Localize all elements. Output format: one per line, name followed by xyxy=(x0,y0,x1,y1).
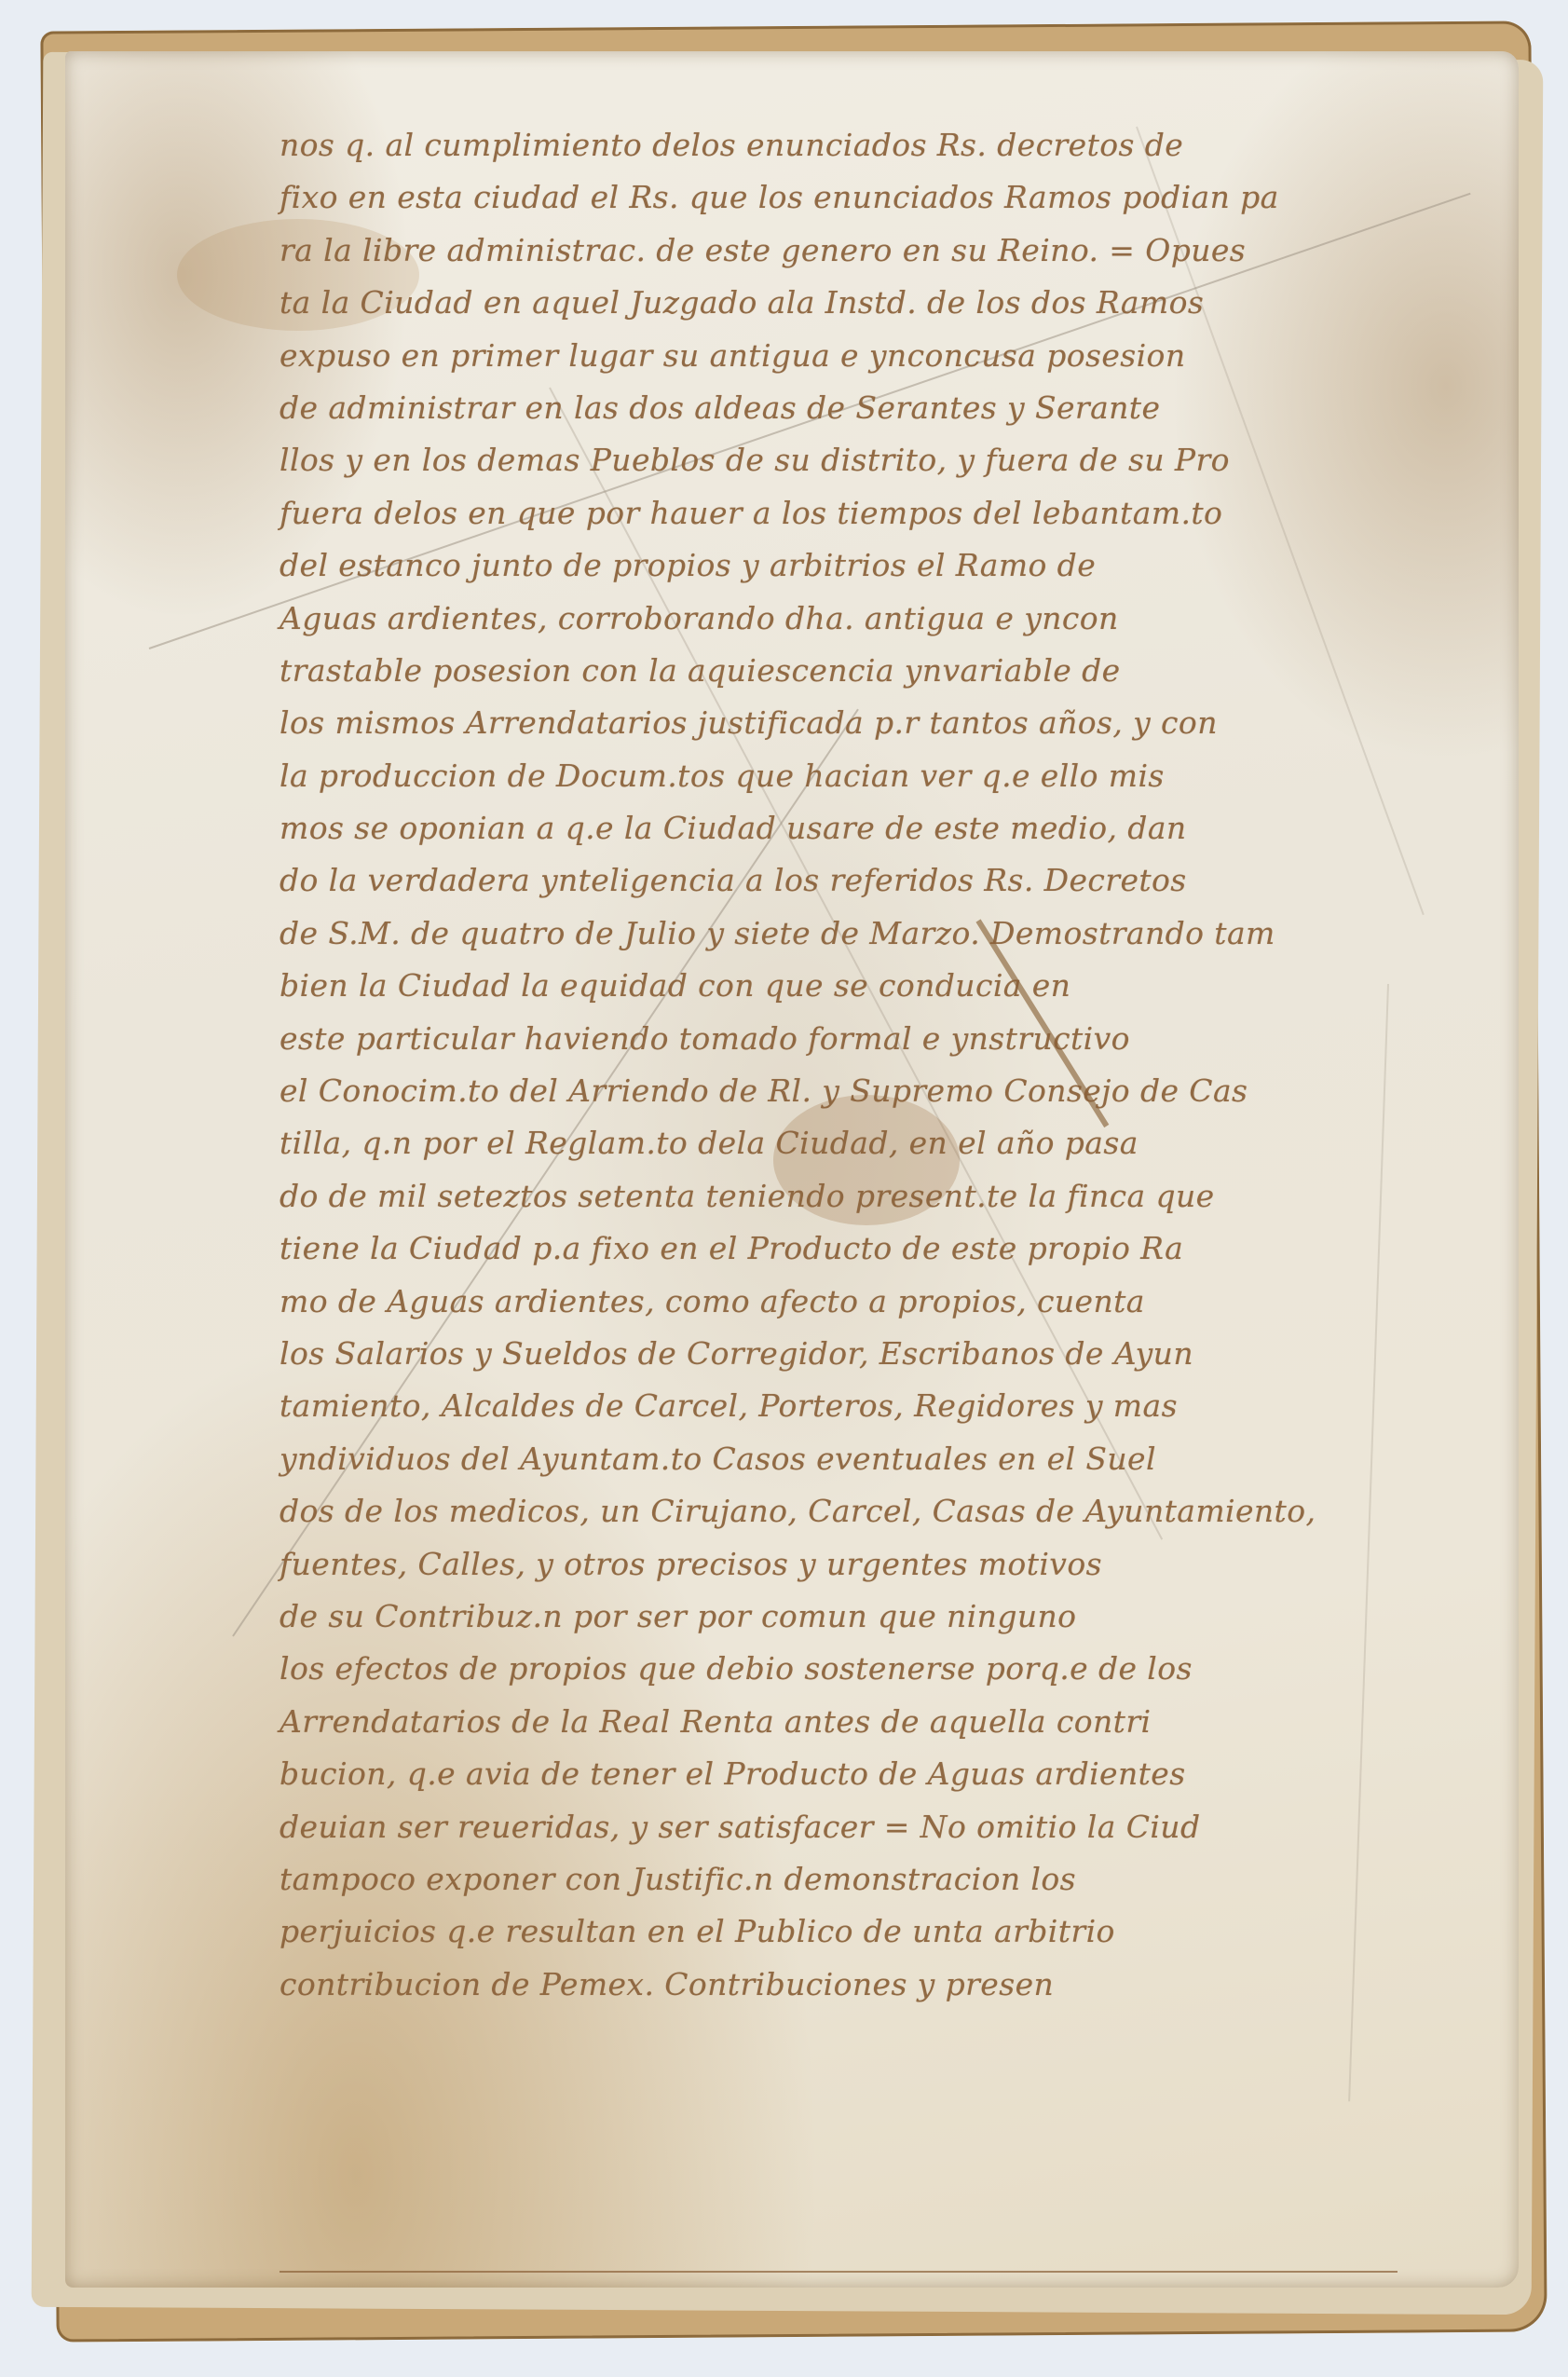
manuscript-line: los mismos Arrendatarios justificada p.r… xyxy=(280,697,1416,749)
closing-rule-line xyxy=(280,2271,1398,2273)
manuscript-line: nos q. al cumplimiento delos enunciados … xyxy=(280,119,1416,171)
manuscript-line: fuentes, Calles, y otros precisos y urge… xyxy=(280,1538,1416,1591)
manuscript-line: fuera delos en que por hauer a los tiemp… xyxy=(280,487,1416,540)
manuscript-line: mos se oponian a q.e la Ciudad usare de … xyxy=(280,802,1416,854)
manuscript-line: los efectos de propios que debio sostene… xyxy=(280,1643,1416,1695)
manuscript-line: tiene la Ciudad p.a fixo en el Producto … xyxy=(280,1223,1416,1275)
manuscript-line: llos y en los demas Pueblos de su distri… xyxy=(280,434,1416,486)
manuscript-line: do la verdadera ynteligencia a los refer… xyxy=(280,854,1416,907)
manuscript-line: del estanco junto de propios y arbitrios… xyxy=(280,540,1416,592)
manuscript-line: bien la Ciudad la equidad con que se con… xyxy=(280,960,1416,1012)
manuscript-line: yndividuos del Ayuntam.to Casos eventual… xyxy=(280,1433,1416,1485)
manuscript-line: Arrendatarios de la Real Renta antes de … xyxy=(280,1696,1416,1748)
manuscript-line: ta la Ciudad en aquel Juzgado ala Instd.… xyxy=(280,277,1416,329)
manuscript-line: mo de Aguas ardientes, como afecto a pro… xyxy=(280,1276,1416,1328)
manuscript-line: el Conocim.to del Arriendo de Rl. y Supr… xyxy=(280,1065,1416,1117)
manuscript-line: de administrar en las dos aldeas de Sera… xyxy=(280,382,1416,434)
manuscript-line: do de mil seteztos setenta teniendo pres… xyxy=(280,1170,1416,1223)
manuscript-line: Aguas ardientes, corroborando dha. antig… xyxy=(280,593,1416,645)
manuscript-line: tilla, q.n por el Reglam.to dela Ciudad,… xyxy=(280,1117,1416,1169)
manuscript-line: contribucion de Pemex. Contribuciones y … xyxy=(280,1959,1416,2011)
manuscript-line: expuso en primer lugar su antigua e ynco… xyxy=(280,330,1416,382)
manuscript-line: trastable posesion con la aquiescencia y… xyxy=(280,645,1416,697)
manuscript-line: de su Contribuz.n por ser por comun que … xyxy=(280,1591,1416,1643)
manuscript-line: los Salarios y Sueldos de Corregidor, Es… xyxy=(280,1328,1416,1380)
manuscript-line: deuian ser reueridas, y ser satisfacer =… xyxy=(280,1801,1416,1853)
manuscript-line: perjuicios q.e resultan en el Publico de… xyxy=(280,1906,1416,1958)
handwritten-text: nos q. al cumplimiento delos enunciados … xyxy=(280,119,1416,2011)
manuscript-line: tamiento, Alcaldes de Carcel, Porteros, … xyxy=(280,1380,1416,1432)
manuscript-line: de S.M. de quatro de Julio y siete de Ma… xyxy=(280,908,1416,960)
manuscript-line: bucion, q.e avia de tener el Producto de… xyxy=(280,1748,1416,1800)
manuscript-line: este particular haviendo tomado formal e… xyxy=(280,1013,1416,1065)
scanned-manuscript: nos q. al cumplimiento delos enunciados … xyxy=(0,0,1568,2377)
manuscript-line: la produccion de Docum.tos que hacian ve… xyxy=(280,750,1416,802)
manuscript-line: ra la libre administrac. de este genero … xyxy=(280,225,1416,277)
manuscript-line: fixo en esta ciudad el Rs. que los enunc… xyxy=(280,171,1416,224)
manuscript-line: dos de los medicos, un Cirujano, Carcel,… xyxy=(280,1485,1416,1537)
manuscript-line: tampoco exponer con Justific.n demonstra… xyxy=(280,1853,1416,1906)
